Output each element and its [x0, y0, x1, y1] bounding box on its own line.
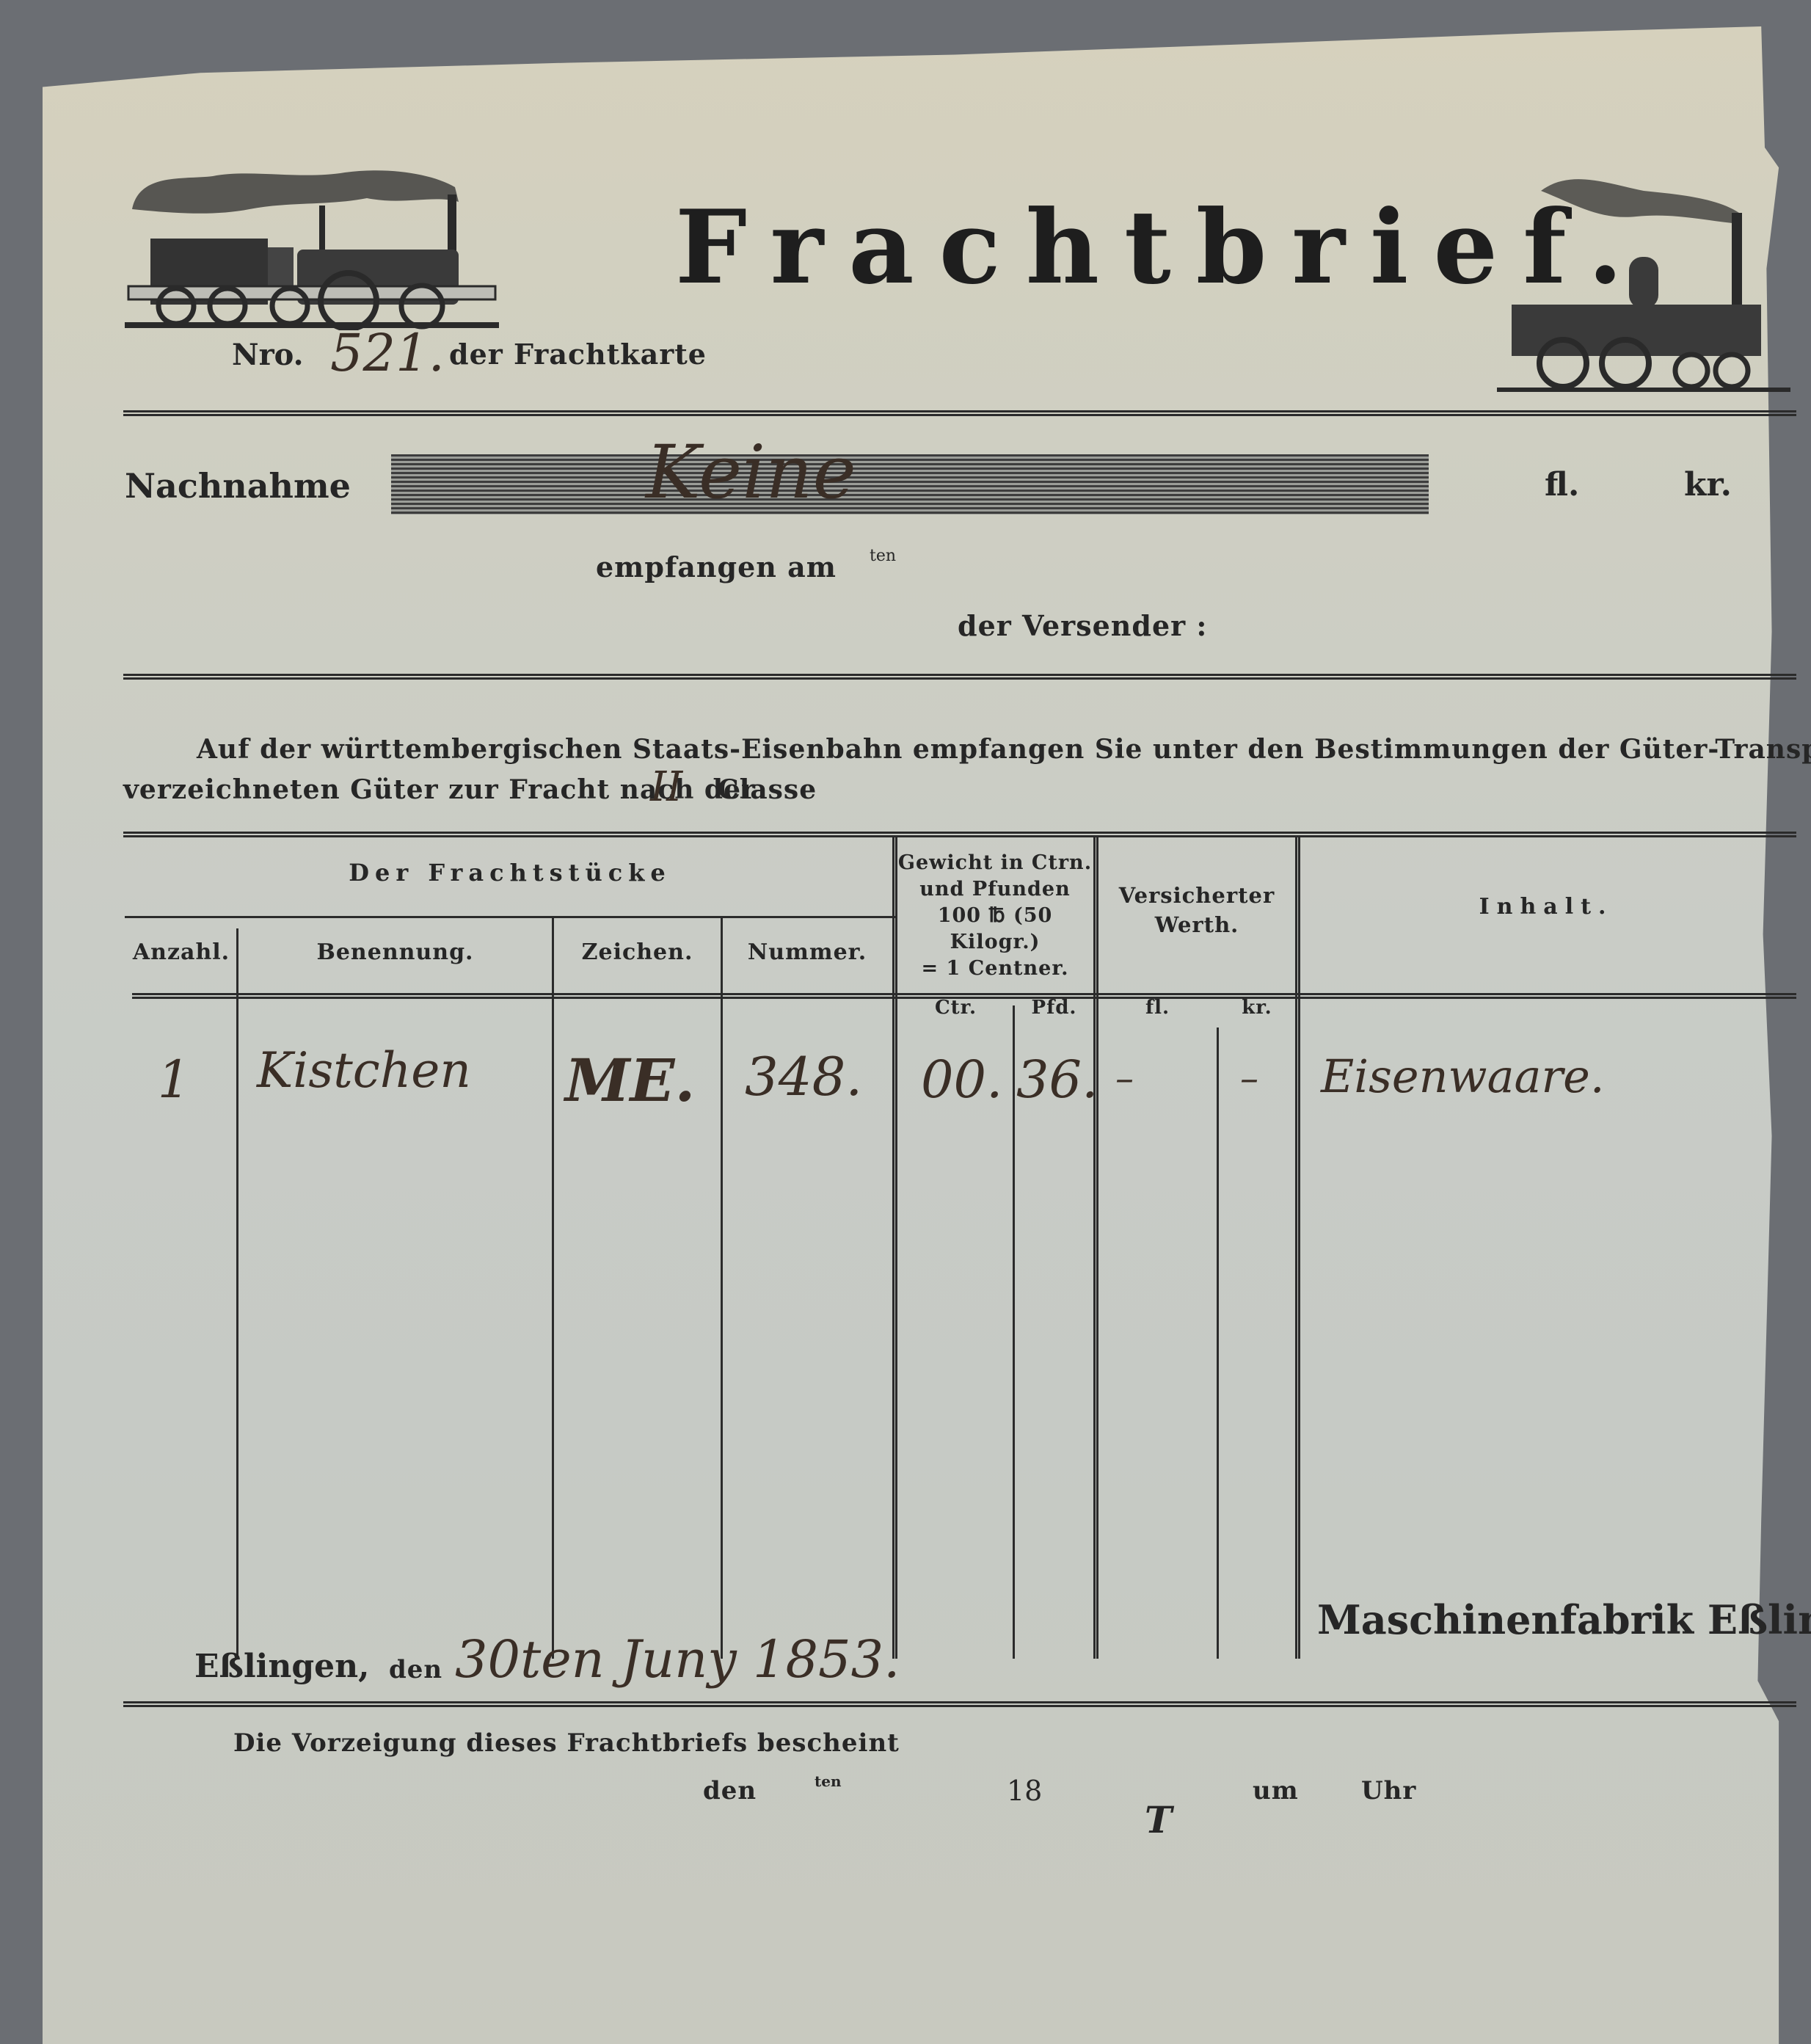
column-divider: [721, 917, 723, 1659]
footer-place: Eßlingen,: [194, 1648, 369, 1685]
den-label: den: [703, 1776, 757, 1805]
uhr-label: Uhr: [1361, 1776, 1416, 1805]
row-fl: –: [1115, 1057, 1134, 1099]
empfangen-suffix: ten: [870, 547, 896, 565]
currency-fl-label: fl.: [1545, 466, 1579, 503]
freight-class-value: II: [650, 763, 682, 811]
column-divider: [236, 928, 238, 1655]
header-gewicht-line-2: und Pfunden: [897, 876, 1093, 903]
column-divider: [1217, 1028, 1219, 1659]
subheader-ctr: Ctr.: [899, 997, 1013, 1019]
company-name: Maschinenfabrik Eßlingen: [1317, 1596, 1811, 1643]
nro-value: 521.: [330, 323, 445, 383]
footer-date: 30ten Juny 1853.: [455, 1629, 900, 1690]
divider-footer: [123, 1701, 1796, 1707]
header-werth-line-1: Versicherter: [1098, 881, 1295, 910]
row-nummer: 348.: [745, 1046, 862, 1108]
column-divider: [1295, 837, 1300, 1659]
ten-label: ten: [815, 1772, 842, 1790]
column-divider: [1093, 837, 1098, 1659]
year-prefix: 18: [1007, 1775, 1042, 1807]
document-title: Frachtbrief.: [675, 187, 1648, 307]
row-zeichen: ME.: [565, 1046, 695, 1115]
footer-den: den: [389, 1655, 442, 1684]
divider-middle: [123, 674, 1796, 680]
locomotive-left-icon: [125, 165, 499, 330]
vorzeigung-text: Die Vorzeigung dieses Frachtbriefs besch…: [233, 1728, 900, 1758]
row-benennung: Kistchen: [257, 1042, 471, 1099]
nachnahme-field: [391, 454, 1429, 514]
header-anzahl: Anzahl.: [126, 939, 236, 965]
column-divider: [1013, 1005, 1015, 1659]
header-gewicht-line-4: = 1 Centner.: [897, 956, 1093, 982]
table-top-rule: [123, 832, 1796, 837]
column-divider: [552, 917, 554, 1659]
row-anzahl: 1: [126, 1050, 222, 1110]
header-gewicht: Gewicht in Ctrn. und Pfunden 100 ℔ (50 K…: [897, 850, 1093, 982]
subheader-fl: fl.: [1098, 997, 1217, 1019]
intro-line-1: Auf der württembergischen Staats-Eisenba…: [197, 734, 1811, 765]
row-pfd: 36.: [1016, 1050, 1098, 1110]
stamp-letter: T: [1145, 1798, 1172, 1841]
header-inhalt: Inhalt.: [1300, 894, 1792, 920]
row-kr: –: [1240, 1057, 1258, 1099]
currency-kr-label: kr.: [1684, 466, 1732, 503]
nro-suffix: der Frachtkarte: [449, 338, 707, 371]
nro-label: Nro.: [232, 338, 304, 372]
nachnahme-label: Nachnahme: [125, 466, 351, 506]
divider-top: [123, 410, 1796, 416]
nachnahme-value: Keine: [646, 429, 856, 515]
header-werth-line-2: Werth.: [1098, 910, 1295, 939]
subheader-pfd: Pfd.: [1015, 997, 1093, 1019]
header-zeichen: Zeichen.: [554, 939, 721, 965]
intro-line-2-classe: Classe: [718, 774, 817, 805]
header-benennung: Benennung.: [238, 939, 552, 965]
header-werth: Versicherter Werth.: [1098, 881, 1295, 939]
row-ctr: 00.: [921, 1050, 1002, 1110]
subheader-kr: kr.: [1219, 997, 1295, 1019]
um-label: um: [1253, 1776, 1299, 1805]
group-header-rule: [125, 916, 895, 918]
header-gewicht-line-3: 100 ℔ (50 Kilogr.): [897, 903, 1093, 956]
versender-label: der Versender :: [958, 609, 1207, 642]
header-gewicht-line-1: Gewicht in Ctrn.: [897, 850, 1093, 876]
empfangen-label: empfangen am: [596, 550, 837, 583]
header-nummer: Nummer.: [723, 939, 892, 965]
table-group-header: Der Frachtstücke: [125, 859, 895, 887]
row-inhalt: Eisenwaare.: [1321, 1050, 1605, 1103]
